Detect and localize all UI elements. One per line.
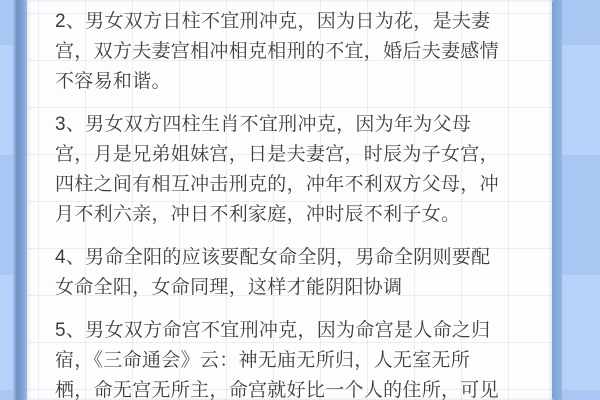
article-paragraph: 4、男命全阳的应该要配女命全阴，男命全阴则要配女命全阳，女命同理，这样才能阴阳协… xyxy=(55,243,507,303)
book-page-curl-left xyxy=(13,0,27,400)
article-content: 2、男女双方日柱不宜刑冲克，因为日为花，是夫妻宫，双方夫妻宫相冲相克相刑的不宜，… xyxy=(55,7,507,400)
app-background: 2、男女双方日柱不宜刑冲克，因为日为花，是夫妻宫，双方夫妻宫相冲相克相刑的不宜，… xyxy=(0,0,600,400)
article-paragraph: 3、男女双方四柱生肖不宜刑冲克，因为年为父母宫，月是兄弟姐妹宫，日是夫妻宫，时辰… xyxy=(55,110,507,230)
article-page[interactable]: 2、男女双方日柱不宜刑冲克，因为日为花，是夫妻宫，双方夫妻宫相冲相克相刑的不宜，… xyxy=(27,0,552,400)
article-paragraph: 5、男女双方命宫不宜刑冲克，因为命宫是人命之归宿，《三命通会》云：神无庙无所归，… xyxy=(55,316,507,400)
book-page-curl-right xyxy=(552,0,562,400)
article-paragraph: 2、男女双方日柱不宜刑冲克，因为日为花，是夫妻宫，双方夫妻宫相冲相克相刑的不宜，… xyxy=(55,7,507,97)
